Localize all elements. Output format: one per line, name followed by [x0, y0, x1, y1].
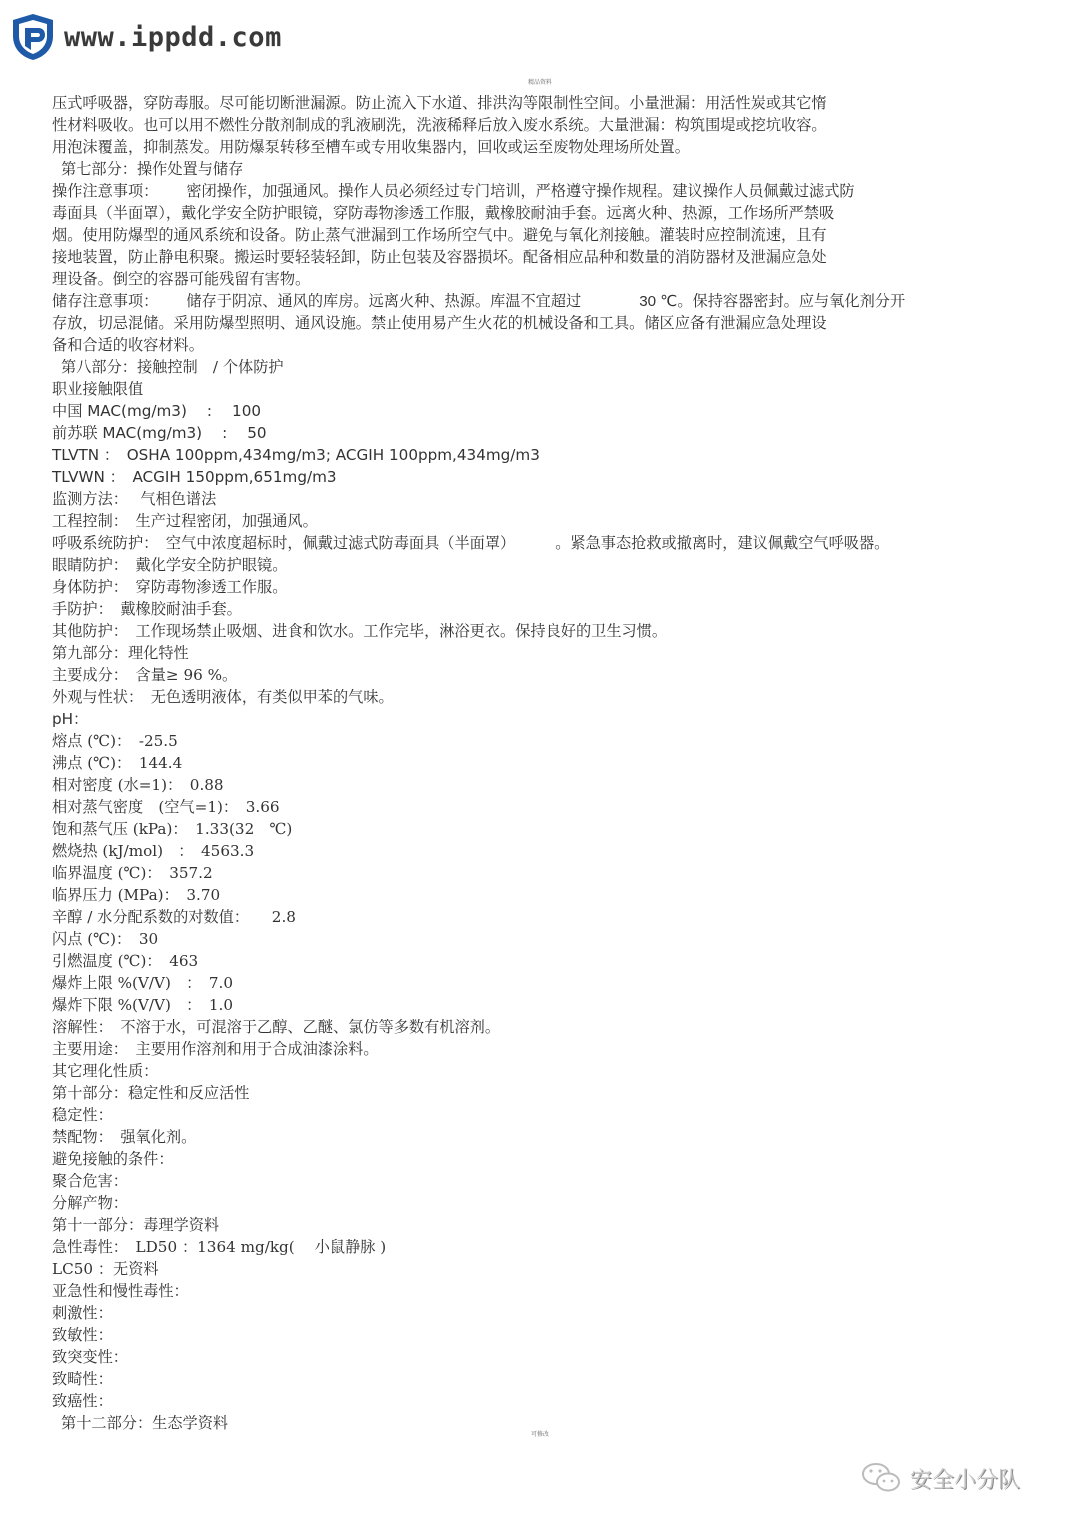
critical-pressure: 临界压力 (MPa)： 3.70: [52, 884, 1012, 906]
body-protection: 身体防护： 穿防毒物渗透工作服。: [52, 576, 1012, 598]
autoignition-temp: 引燃温度 (℃)： 463: [52, 950, 1012, 972]
site-url[interactable]: www.ippdd.com: [64, 22, 282, 53]
relative-vapor-density: 相对蒸气密度 (空气=1)： 3.66: [52, 796, 1012, 818]
wechat-icon: [860, 1460, 904, 1496]
section-heading-7: 第七部分：操作处置与储存: [52, 158, 1012, 180]
wechat-watermark: 安全小分队: [860, 1460, 1020, 1496]
document-body: 压式呼吸器，穿防毒服。尽可能切断泄漏源。防止流入下水道、排洪沟等限制性空间。小量…: [52, 92, 1012, 1434]
acute-toxicity-ld50: 急性毒性： LD50 ：1364 mg/kg( 小鼠静脉 ): [52, 1236, 1012, 1258]
conditions-to-avoid: 避免接触的条件：: [52, 1148, 1012, 1170]
field-label: 储存注意事项：: [52, 292, 158, 310]
text-line: 烟。使用防爆型的通风系统和设备。防止蒸气泄漏到工作场所空气中。避免与氧化剂接触。…: [52, 224, 1012, 246]
melting-point: 熔点 (℃)： -25.5: [52, 730, 1012, 752]
shield-logo-icon: [10, 12, 56, 62]
vapor-pressure: 饱和蒸气压 (kPa)： 1.33(32 ℃): [52, 818, 1012, 840]
text-line: 性材料吸收。也可以用不燃性分散剂制成的乳液刷洗，洗液稀释后放入废水系统。大量泄漏…: [52, 114, 1012, 136]
mac-ussr: 前苏联 MAC(mg/m3) : 50: [52, 422, 1012, 444]
hand-protection: 手防护： 戴橡胶耐油手套。: [52, 598, 1012, 620]
teratogenicity: 致畸性：: [52, 1368, 1012, 1390]
field-value: 储存于阴凉、通风的库房。远离火种、热源。库温不宜超过: [186, 292, 581, 310]
respiratory-protection: 呼吸系统防护： 空气中浓度超标时，佩戴过滤式防毒面具（半面罩）。紧急事态抢救或撤…: [52, 532, 1012, 554]
text-line: 用泡沫覆盖，抑制蒸发。用防爆泵转移至槽车或专用收集器内，回收或运至废物处理场所处…: [52, 136, 1012, 158]
text-line: 存放，切忌混储。采用防爆型照明、通风设施。禁止使用易产生火花的机械设备和工具。储…: [52, 312, 1012, 334]
storage-temp: 30 ℃。保持容器密封。应与氧化剂分开: [639, 293, 905, 310]
mac-china: 中国 MAC(mg/m3) : 100: [52, 400, 1012, 422]
other-protection: 其他防护： 工作现场禁止吸烟、进食和饮水。工作完毕，淋浴更衣。保持良好的卫生习惯…: [52, 620, 1012, 642]
section-heading-10: 第十部分：稳定性和反应活性: [52, 1082, 1012, 1104]
text-line: 毒面具（半面罩），戴化学安全防护眼镜，穿防毒物渗透工作服，戴橡胶耐油手套。远离火…: [52, 202, 1012, 224]
acute-toxicity-lc50: LC50 ：无资料: [52, 1258, 1012, 1280]
heat-of-combustion: 燃烧热 (kJ/mol) ： 4563.3: [52, 840, 1012, 862]
tlvtn: TLVTN ： OSHA 100ppm,434mg/m3; ACGIH 100p…: [52, 444, 1012, 466]
appearance: 外观与性状： 无色透明液体，有类似甲苯的气味。: [52, 686, 1012, 708]
log-kow: 辛醇 / 水分配系数的对数值： 2.8: [52, 906, 1012, 928]
handling-precautions: 操作注意事项：密闭操作，加强通风。操作人员必须经过专门培训，严格遵守操作规程。建…: [52, 180, 1012, 202]
field-label: 操作注意事项：: [52, 182, 158, 200]
upper-explosive-limit: 爆炸上限 %(V/V) ： 7.0: [52, 972, 1012, 994]
subacute-chronic-toxicity: 亚急性和慢性毒性：: [52, 1280, 1012, 1302]
decomposition-products: 分解产物：: [52, 1192, 1012, 1214]
main-component: 主要成分： 含量≥ 96 %。: [52, 664, 1012, 686]
text-line: 接地装置，防止静电积聚。搬运时要轻装轻卸，防止包装及容器损坏。配备相应品种和数量…: [52, 246, 1012, 268]
polymerization-hazard: 聚合危害：: [52, 1170, 1012, 1192]
site-logo: www.ippdd.com: [10, 12, 282, 62]
text-line: 理设备。倒空的容器可能残留有害物。: [52, 268, 1012, 290]
field-value: 密闭操作，加强通风。操作人员必须经过专门培训，严格遵守操作规程。建议操作人员佩戴…: [186, 182, 854, 200]
field-value: 。紧急事态抢救或撤离时，建议佩戴空气呼吸器。: [555, 534, 889, 552]
tlvwn: TLVWN ： ACGIH 150ppm,651mg/m3: [52, 466, 1012, 488]
stability: 稳定性：: [52, 1104, 1012, 1126]
text-line: 压式呼吸器，穿防毒服。尽可能切断泄漏源。防止流入下水道、排洪沟等限制性空间。小量…: [52, 92, 1012, 114]
solubility: 溶解性： 不溶于水，可混溶于乙醇、乙醚、氯仿等多数有机溶剂。: [52, 1016, 1012, 1038]
page-footer-label: 可修改: [0, 1429, 1080, 1438]
lower-explosive-limit: 爆炸下限 %(V/V) ： 1.0: [52, 994, 1012, 1016]
monitoring-method: 监测方法： 气相色谱法: [52, 488, 1012, 510]
section-heading-8: 第八部分：接触控制 / 个体防护: [52, 356, 1012, 378]
engineering-control: 工程控制： 生产过程密闭，加强通风。: [52, 510, 1012, 532]
irritation: 刺激性：: [52, 1302, 1012, 1324]
section-heading-11: 第十一部分：毒理学资料: [52, 1214, 1012, 1236]
boiling-point: 沸点 (℃)： 144.4: [52, 752, 1012, 774]
carcinogenicity: 致癌性：: [52, 1390, 1012, 1412]
field-value: 呼吸系统防护： 空气中浓度超标时，佩戴过滤式防毒面具（半面罩）: [52, 534, 515, 552]
watermark-text: 安全小分队: [910, 1463, 1020, 1494]
critical-temperature: 临界温度 (℃)： 357.2: [52, 862, 1012, 884]
sensitization: 致敏性：: [52, 1324, 1012, 1346]
incompatible-materials: 禁配物： 强氧化剂。: [52, 1126, 1012, 1148]
mutagenicity: 致突变性：: [52, 1346, 1012, 1368]
storage-precautions: 储存注意事项：储存于阴凉、通风的库房。远离火种、热源。库温不宜超过30 ℃。保持…: [52, 290, 1012, 312]
section-heading-9: 第九部分：理化特性: [52, 642, 1012, 664]
ph-value: pH：: [52, 708, 1012, 730]
eye-protection: 眼睛防护： 戴化学安全防护眼镜。: [52, 554, 1012, 576]
main-use: 主要用途： 主要用作溶剂和用于合成油漆涂料。: [52, 1038, 1012, 1060]
text-line: 备和合适的收容材料。: [52, 334, 1012, 356]
page-header-label: 精品资料: [0, 77, 1080, 86]
relative-density-water: 相对密度 (水=1)： 0.88: [52, 774, 1012, 796]
oel-heading: 职业接触限值: [52, 378, 1012, 400]
other-properties: 其它理化性质：: [52, 1060, 1012, 1082]
flash-point: 闪点 (℃)： 30: [52, 928, 1012, 950]
